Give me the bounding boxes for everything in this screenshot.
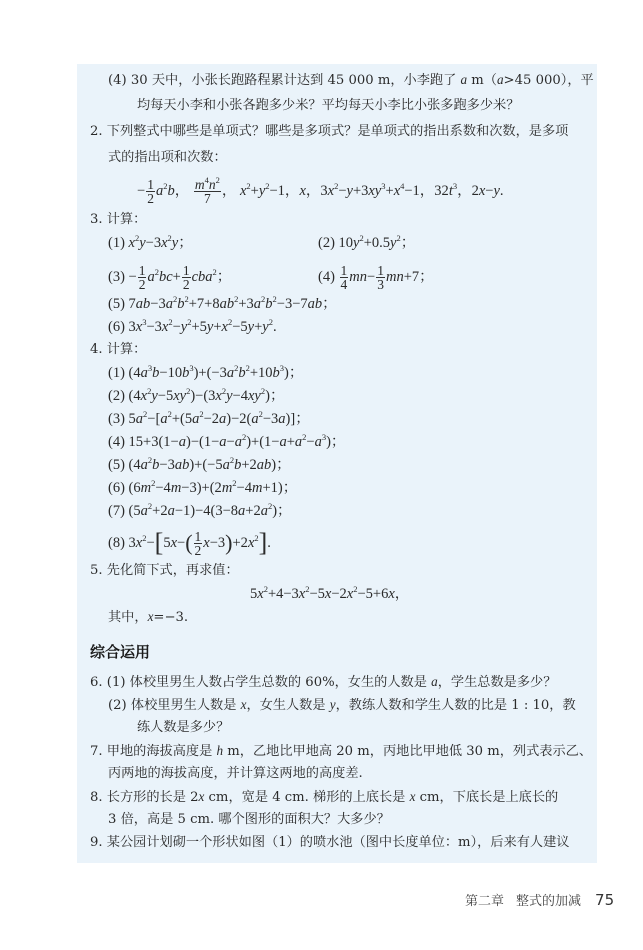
problem-number: 4.	[90, 342, 103, 357]
item-number: (2)	[108, 698, 127, 713]
item-number: (4)	[108, 73, 127, 88]
problem-3-item-3: (3) −12a2bc+12cba2；	[108, 264, 231, 291]
item-number: (5)	[108, 296, 125, 312]
item-number: (1)	[108, 365, 125, 381]
problem-4-item-1: (1) (4a3b−10b3)+(−3a2b2+10b3)；	[108, 363, 303, 383]
item-number: (5)	[108, 457, 125, 473]
problem-4-item-7: (7) (5a2+2a−1)−4(3−8a+2a2)；	[108, 501, 292, 521]
problem-number: 8.	[90, 790, 103, 805]
section-title: 综合运用	[90, 641, 150, 662]
problem-6-item-2-line-2: 练人数是多少？	[137, 718, 229, 738]
problem-4-item-6: (6) (6m2−4m−3)+(2m2−4m+1)；	[108, 478, 297, 498]
problem-number: 2.	[90, 124, 103, 139]
problem-6-item-1: 6. (1) 体校里男生人数占学生总数的 60%，女生的人数是 a，学生总数是多…	[90, 672, 556, 693]
item-number: (1)	[108, 235, 125, 251]
problem-3-item-6: (6) 3x3−3x2−y2+5y+x2−5y+y2.	[108, 317, 277, 337]
item-number: (1)	[107, 675, 126, 690]
problem-5-title: 5. 先化简下式，再求值：	[90, 561, 239, 581]
item-number: (3)	[108, 411, 125, 427]
problem-4-item-8: (8) 3x2−[5x−(12x−3)+2x2].	[108, 530, 271, 557]
item-number: (8)	[108, 535, 125, 551]
problem-number: 9.	[90, 835, 103, 850]
problem-6-item-2: (2) 体校里男生人数是 x，女生人数是 y，教练人数和学生人数的比是 1 : …	[108, 695, 576, 716]
problem-3-item-5: (5) 7ab−3a2b2+7+8ab2+3a2b2−3−7ab；	[108, 294, 337, 314]
problem-number: 7.	[90, 744, 103, 759]
problem-2-line-2: 式的指出项和次数：	[108, 148, 227, 168]
page-footer: 第二章整式的加减75	[465, 890, 614, 909]
problem-1-4-line-1: (4) 30 天中，小张长跑路程累计达到 45 000 m，小李跑了 a m（a…	[108, 70, 594, 91]
problem-4-title: 4. 计算：	[90, 340, 146, 360]
problem-number: 5.	[90, 563, 103, 578]
problem-4-item-3: (3) 5a2−[a2+(5a2−2a)−2(a2−3a)]；	[108, 409, 310, 429]
problem-3-title: 3. 计算：	[90, 210, 146, 230]
problem-4-item-5: (5) (4a2b−3ab)+(−5a2b+2ab)；	[108, 455, 291, 475]
problem-text: 下列整式中哪些是单项式？哪些是多项式？是单项式的指出系数和次数，是多项	[107, 124, 569, 139]
item-number: (2)	[108, 388, 125, 404]
chapter-title: 整式的加减	[516, 894, 581, 909]
page-number: 75	[595, 891, 614, 909]
problem-7-line-2: 丙两地的海拔高度，并计算这两地的高度差.	[108, 764, 363, 784]
chapter-label: 第二章	[465, 894, 504, 909]
item-number: (2)	[318, 235, 335, 251]
item-number: (4)	[318, 269, 335, 285]
problem-4-item-2: (2) (4x2y−5xy2)−(3x2y−4xy2)；	[108, 386, 284, 406]
problem-3-item-2: (2) 10y2+0.5y2；	[318, 233, 415, 253]
problem-number: 3.	[90, 212, 103, 227]
problem-8-line-2: 3 倍，高是 5 cm. 哪个图形的面积大？大多少？	[108, 810, 390, 830]
problem-9-line-1: 9. 某公园计划砌一个形状如图（1）的喷水池（图中长度单位：m），后来有人建议	[90, 833, 569, 853]
problem-5-condition: 其中，x=−3.	[108, 607, 188, 628]
problem-2-line-1: 2. 下列整式中哪些是单项式？哪些是多项式？是单项式的指出系数和次数，是多项	[90, 122, 568, 142]
item-number: (6)	[108, 319, 125, 335]
problem-text: 计算：	[107, 342, 147, 357]
problem-7-line-1: 7. 甲地的海拔高度是 h m，乙地比甲地高 20 m，丙地比甲地低 30 m，…	[90, 741, 592, 762]
item-number: (4)	[108, 434, 125, 450]
item-number: (7)	[108, 503, 125, 519]
item-number: (3)	[108, 269, 125, 285]
problem-4-item-4: (4) 15+3(1−a)−(1−a−a2)+(1−a+a2−a3)；	[108, 432, 345, 452]
problem-text: 某公园计划砌一个形状如图（1）的喷水池（图中长度单位：m），后来有人建议	[107, 835, 570, 850]
problem-8-line-1: 8. 长方形的长是 2x cm，宽是 4 cm. 梯形的上底长是 x cm，下底…	[90, 787, 558, 808]
problem-5-expression: 5x2+4−3x2−5x−2x2−5+6x，	[250, 584, 409, 604]
item-number: (6)	[108, 480, 125, 496]
problem-3-item-4: (4) 14mn−13mn+7；	[318, 264, 434, 291]
problem-number: 6.	[90, 675, 103, 690]
problem-3-item-1: (1) x2y−3x2y；	[108, 233, 193, 253]
problem-1-4-line-2: 均每天小李和小张各跑多少米？平均每天小李比小张多跑多少米？	[137, 96, 519, 116]
problem-text: 计算：	[107, 212, 147, 227]
problem-text: 先化简下式，再求值：	[107, 563, 239, 578]
problem-text: 30 天中，小张长跑路程累计达到 45 000 m，小李跑了 a m（a>45 …	[131, 73, 594, 88]
problem-2-expressions: −12a2b， m4n27， x2+y2−1，x，3x2−y+3xy3+x4−1…	[137, 178, 504, 205]
